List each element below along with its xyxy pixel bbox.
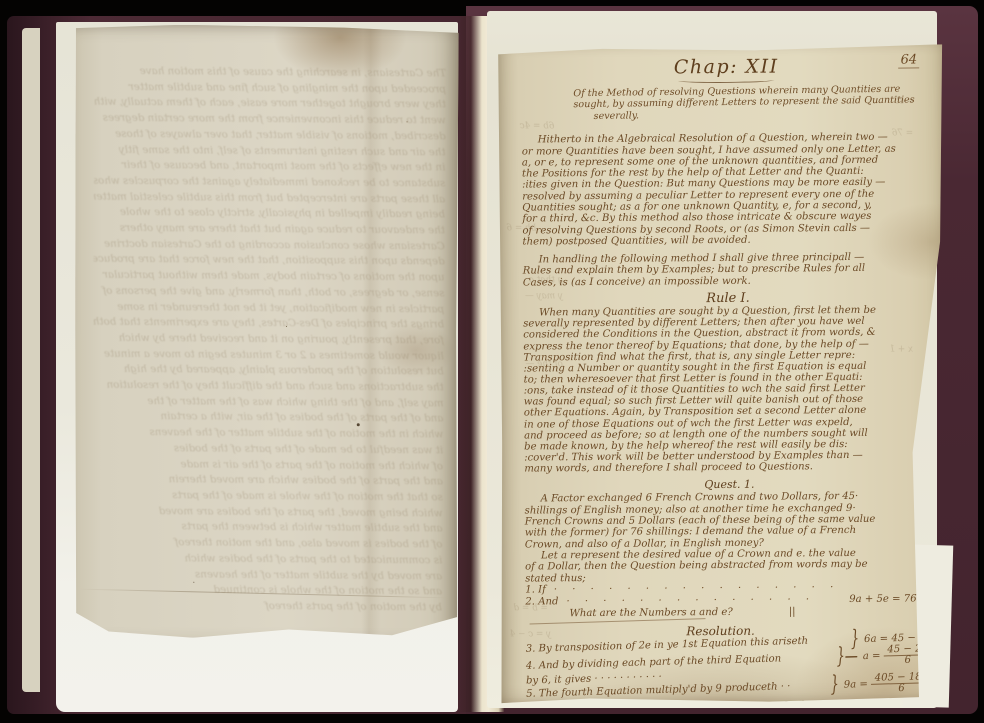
text-line: the subtractions and such and the diffic… <box>93 378 444 396</box>
paragraph-hitherto: Hitherto in the Algebraical Resolution o… <box>522 132 933 248</box>
text-line: many words, and therefore I shall procee… <box>524 461 934 475</box>
text-line: by the motion of the parts thereof <box>91 598 442 616</box>
manuscript-book-photo: The Cartesians, in searching the cause o… <box>0 0 984 723</box>
dot-leader: · · · · · · · · · · · · · · <box>558 594 849 608</box>
text-line: them) postposed Quantities, will be avoi… <box>522 233 932 248</box>
rule-paragraph: When many Quantities are sought by a Que… <box>523 304 934 475</box>
text-line: Cases, is (as I conceive) an impossible … <box>523 274 933 289</box>
chapter-subtitle: Of the Method of resolving Questions whe… <box>573 83 931 122</box>
brace-glyph: }— <box>836 647 858 667</box>
question-line: What are the Numbers a and e?|| <box>569 606 935 620</box>
question-paragraph: A Factor exchanged 6 French Crowns and t… <box>525 491 935 551</box>
paragraph-in-handling: In handling the following method I shall… <box>523 252 933 289</box>
right-page-fore-edge <box>934 24 976 712</box>
heading-flourish <box>678 78 774 84</box>
chapter-heading: Chap: XII <box>521 54 931 79</box>
left-page: The Cartesians, in searching the cause o… <box>74 24 459 638</box>
right-page: 64 6b = 4c = 45 = 76 bb = 6 g that a y m… <box>495 44 948 705</box>
ink-specks <box>357 423 360 426</box>
brace-glyph: } <box>830 676 839 696</box>
left-page-showthrough-text: The Cartesians, in searching the cause o… <box>91 64 446 622</box>
